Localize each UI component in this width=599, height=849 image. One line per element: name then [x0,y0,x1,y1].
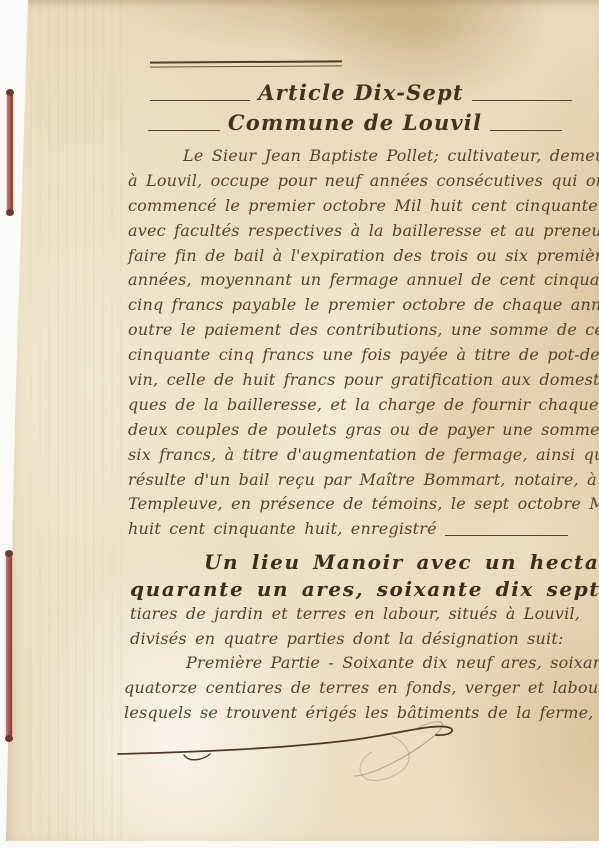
manoir-paragraph: Un lieu Manoir avec un hectare, quarante… [130,549,586,652]
manuscript-line: ques de la bailleresse, et la charge de … [128,393,584,418]
manuscript-line: faire fin de bail à l'expiration des tro… [128,244,584,269]
commune-heading: Commune de Louvil [148,110,562,135]
binding-cord-top [7,92,13,213]
manuscript-page: Article Dix-Sept Commune de Louvil Le Si… [0,0,599,841]
manuscript-line: commencé le premier octobre Mil huit cen… [128,194,584,219]
manuscript-line: Première Partie - Soixante dix neuf ares… [124,651,586,676]
paper-crease-texture [30,0,125,841]
manuscript-line: à Louvil, occupe pour neuf années conséc… [128,169,584,194]
heading-underline-right [490,130,562,131]
heading-underline-left [148,130,220,131]
manuscript-line: six francs, à titre d'augmentation de fe… [128,443,584,468]
binding-cord-bottom [6,553,12,739]
article-heading: Article Dix-Sept [150,80,572,105]
manuscript-line: quatorze centiares de terres en fonds, v… [124,676,586,701]
heading-underline-left [150,100,250,101]
manuscript-line: outre le paiement des contributions, une… [128,318,584,343]
manuscript-line: huit cent cinquante huit, enregistré [128,517,584,542]
manuscript-line-text: divisés en quatre parties dont la désign… [130,627,564,652]
manuscript-line: tiares de jardin et terres en labour, si… [130,602,586,627]
manuscript-line: Templeuve, en présence de témoins, le se… [128,492,584,517]
scanned-register-page: Article Dix-Sept Commune de Louvil Le Si… [0,0,599,849]
manuscript-line: années, moyennant un fermage annuel de c… [128,268,584,293]
manuscript-line-emphasized: Un lieu Manoir avec un hectare, [130,549,586,576]
lease-paragraph: Le Sieur Jean Baptiste Pollet; cultivate… [128,144,584,542]
manuscript-line: vin, celle de huit francs pour gratifica… [128,368,584,393]
manuscript-line-text: huit cent cinquante huit, enregistré [128,517,437,542]
trailing-rule [445,535,568,536]
manuscript-line: avec facultés respectives à la bailleres… [128,219,584,244]
manuscript-line: deux couples de poulets gras ou de payer… [128,418,584,443]
commune-heading-text: Commune de Louvil [220,110,490,135]
manuscript-line-emphasized: quarante un ares, soixante dix sept cen- [130,576,586,603]
article-heading-text: Article Dix-Sept [250,80,472,105]
manuscript-line: cinq francs payable le premier octobre d… [128,293,584,318]
pen-flourish [114,714,464,798]
manuscript-line: cinquante cinq francs une fois payée à t… [128,343,584,368]
heading-underline-right [472,100,572,101]
manuscript-line: Le Sieur Jean Baptiste Pollet; cultivate… [128,144,584,169]
top-divider-rule [150,60,342,67]
manuscript-line: résulte d'un bail reçu par Maître Bommar… [128,468,584,493]
manuscript-line: divisés en quatre parties dont la désign… [130,627,586,652]
